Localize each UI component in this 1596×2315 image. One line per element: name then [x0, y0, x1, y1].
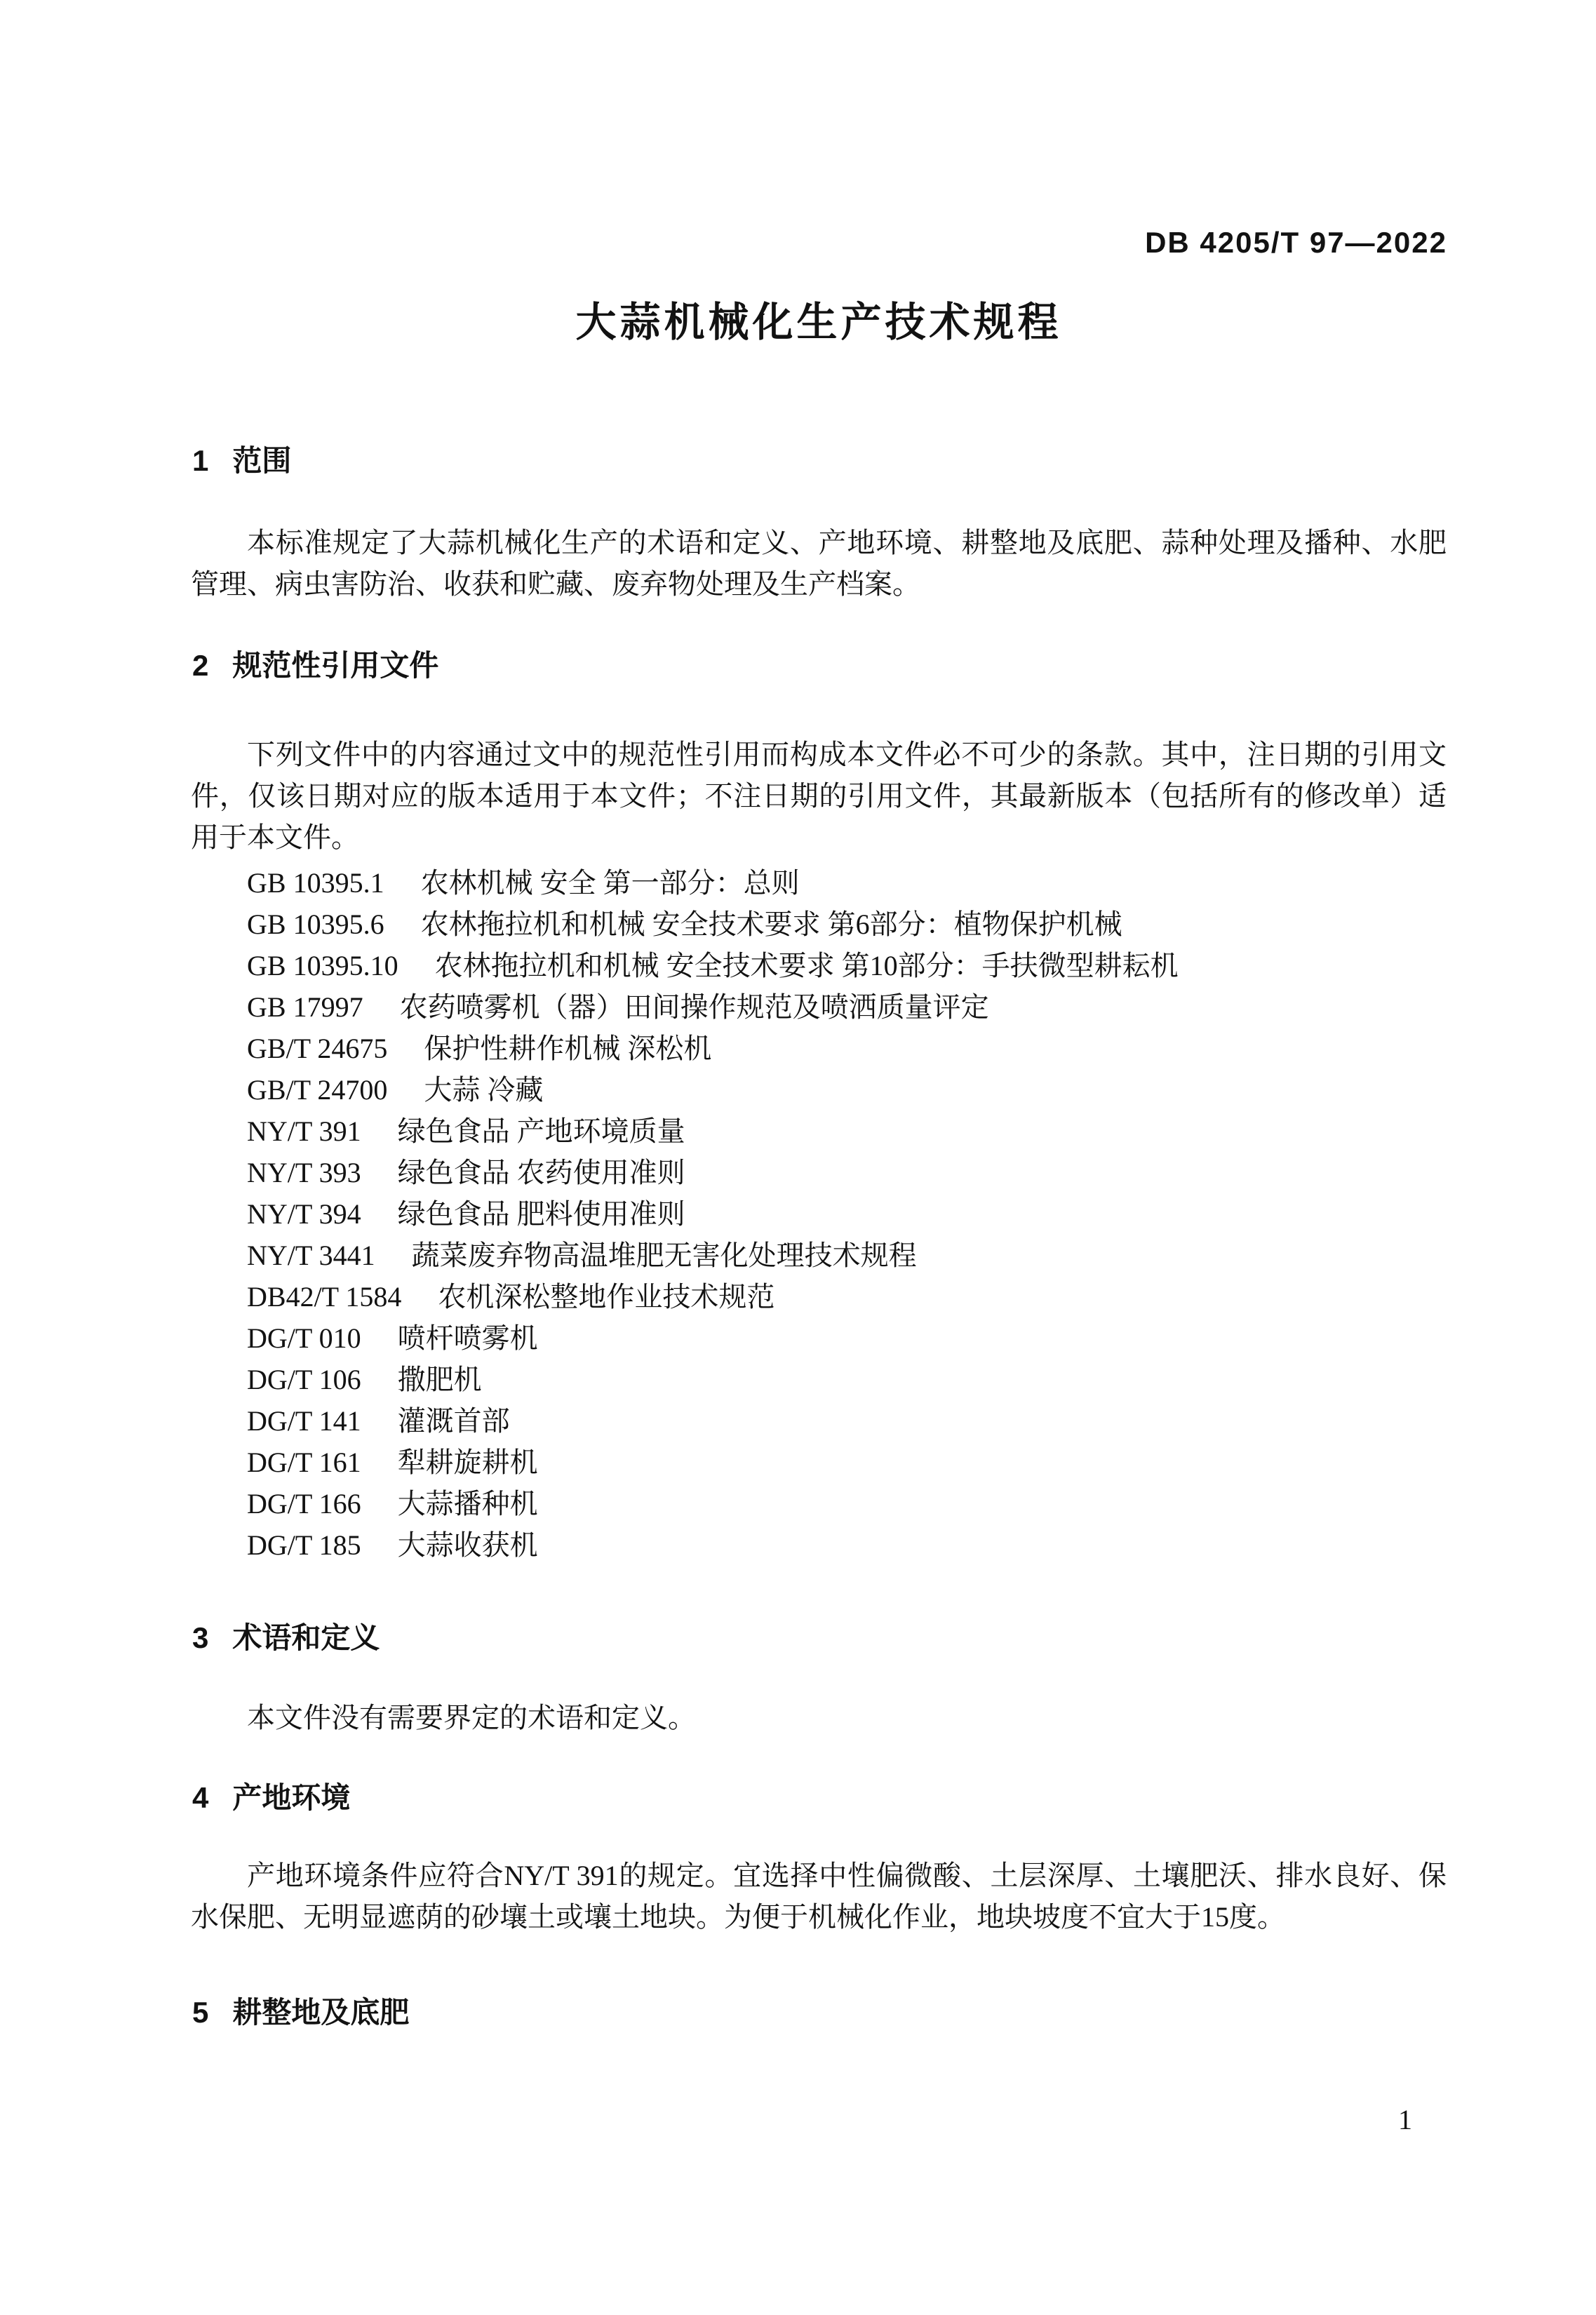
reference-code: GB 17997 — [247, 991, 363, 1023]
reference-title: 灌溉首部 — [398, 1405, 510, 1437]
section-2-heading: 2规范性引用文件 — [192, 650, 438, 682]
reference-item: GB 10395.1农林机械 安全 第一部分：总则 — [247, 862, 1454, 904]
reference-title: 绿色食品 肥料使用准则 — [398, 1198, 685, 1230]
reference-title: 保护性耕作机械 深松机 — [424, 1033, 711, 1064]
reference-item: DB42/T 1584农机深松整地作业技术规范 — [247, 1276, 1454, 1317]
section-3-heading: 3术语和定义 — [192, 1622, 380, 1654]
section-1-paragraph: 本标准规定了大蒜机械化生产的术语和定义、产地环境、耕整地及底肥、蒜种处理及播种、… — [191, 522, 1447, 605]
reference-item: NY/T 394绿色食品 肥料使用准则 — [247, 1193, 1454, 1235]
reference-code: DG/T 106 — [247, 1364, 361, 1395]
reference-code: GB/T 24675 — [247, 1033, 387, 1064]
reference-item: DG/T 166大蒜播种机 — [247, 1483, 1454, 1524]
reference-code: DG/T 185 — [247, 1529, 361, 1561]
standard-code: DB 4205/T 97—2022 — [1145, 227, 1447, 258]
reference-item: NY/T 393绿色食品 农药使用准则 — [247, 1152, 1454, 1193]
reference-title: 农机深松整地作业技术规范 — [438, 1281, 774, 1313]
page-number: 1 — [1398, 2105, 1412, 2135]
section-5-heading: 5耕整地及底肥 — [192, 1997, 409, 2029]
reference-item: NY/T 3441蔬菜废弃物高温堆肥无害化处理技术规程 — [247, 1235, 1454, 1276]
section-title: 产地环境 — [232, 1781, 350, 1814]
reference-title: 农药喷雾机（器）田间操作规范及喷洒质量评定 — [400, 991, 989, 1023]
section-title: 规范性引用文件 — [232, 649, 438, 682]
section-number: 4 — [192, 1782, 208, 1814]
section-number: 2 — [192, 650, 208, 682]
section-3-paragraph: 本文件没有需要界定的术语和定义。 — [191, 1697, 1447, 1738]
reference-item: GB 17997农药喷雾机（器）田间操作规范及喷洒质量评定 — [247, 986, 1454, 1028]
reference-code: GB/T 24700 — [247, 1074, 387, 1106]
reference-title: 大蒜收获机 — [398, 1529, 538, 1561]
reference-title: 大蒜 冷藏 — [424, 1074, 543, 1106]
section-title: 术语和定义 — [232, 1621, 380, 1654]
section-4-heading: 4产地环境 — [192, 1782, 350, 1814]
reference-item: GB 10395.6农林拖拉机和机械 安全技术要求 第6部分：植物保护机械 — [247, 904, 1454, 945]
section-2-paragraph: 下列文件中的内容通过文中的规范性引用而构成本文件必不可少的条款。其中，注日期的引… — [191, 734, 1447, 858]
normative-references-list: GB 10395.1农林机械 安全 第一部分：总则 GB 10395.6农林拖拉… — [247, 862, 1454, 1566]
section-1-heading: 1范围 — [192, 445, 291, 477]
reference-title: 农林机械 安全 第一部分：总则 — [421, 867, 800, 899]
reference-item: DG/T 141灌溉首部 — [247, 1400, 1454, 1442]
reference-item: DG/T 010喷杆喷雾机 — [247, 1317, 1454, 1359]
reference-code: DG/T 166 — [247, 1488, 361, 1519]
reference-code: GB 10395.10 — [247, 950, 398, 981]
reference-item: GB/T 24675保护性耕作机械 深松机 — [247, 1028, 1454, 1069]
reference-code: NY/T 393 — [247, 1157, 361, 1188]
section-title: 耕整地及底肥 — [232, 1996, 409, 2029]
reference-code: NY/T 391 — [247, 1115, 361, 1147]
document-title: 大蒜机械化生产技术规程 — [191, 300, 1447, 345]
reference-item: GB 10395.10农林拖拉机和机械 安全技术要求 第10部分：手扶微型耕耘机 — [247, 945, 1454, 986]
reference-code: DG/T 010 — [247, 1322, 361, 1354]
reference-code: GB 10395.6 — [247, 908, 384, 940]
reference-code: GB 10395.1 — [247, 867, 384, 899]
reference-code: DG/T 141 — [247, 1405, 361, 1437]
reference-title: 大蒜播种机 — [398, 1488, 538, 1519]
reference-title: 撒肥机 — [398, 1364, 482, 1395]
reference-title: 农林拖拉机和机械 安全技术要求 第6部分：植物保护机械 — [421, 908, 1122, 940]
reference-code: NY/T 3441 — [247, 1240, 375, 1271]
reference-title: 喷杆喷雾机 — [398, 1322, 538, 1354]
reference-code: DB42/T 1584 — [247, 1281, 401, 1313]
section-number: 1 — [192, 445, 208, 477]
section-title: 范围 — [232, 444, 291, 477]
document-page: DB 4205/T 97—2022 大蒜机械化生产技术规程 1范围 本标准规定了… — [0, 0, 1596, 2315]
reference-title: 绿色食品 产地环境质量 — [398, 1115, 685, 1147]
reference-code: DG/T 161 — [247, 1447, 361, 1478]
reference-title: 农林拖拉机和机械 安全技术要求 第10部分：手扶微型耕耘机 — [435, 950, 1179, 981]
section-number: 3 — [192, 1622, 208, 1654]
reference-item: DG/T 161犁耕旋耕机 — [247, 1442, 1454, 1483]
section-number: 5 — [192, 1997, 208, 2029]
reference-code: NY/T 394 — [247, 1198, 361, 1230]
section-4-paragraph: 产地环境条件应符合NY/T 391的规定。宜选择中性偏微酸、土层深厚、土壤肥沃、… — [191, 1855, 1447, 1938]
reference-title: 绿色食品 农药使用准则 — [398, 1157, 685, 1188]
reference-item: DG/T 185大蒜收获机 — [247, 1524, 1454, 1566]
reference-item: GB/T 24700大蒜 冷藏 — [247, 1069, 1454, 1110]
reference-item: NY/T 391绿色食品 产地环境质量 — [247, 1110, 1454, 1152]
reference-title: 犁耕旋耕机 — [398, 1447, 538, 1478]
reference-title: 蔬菜废弃物高温堆肥无害化处理技术规程 — [412, 1240, 917, 1271]
reference-item: DG/T 106撒肥机 — [247, 1359, 1454, 1400]
